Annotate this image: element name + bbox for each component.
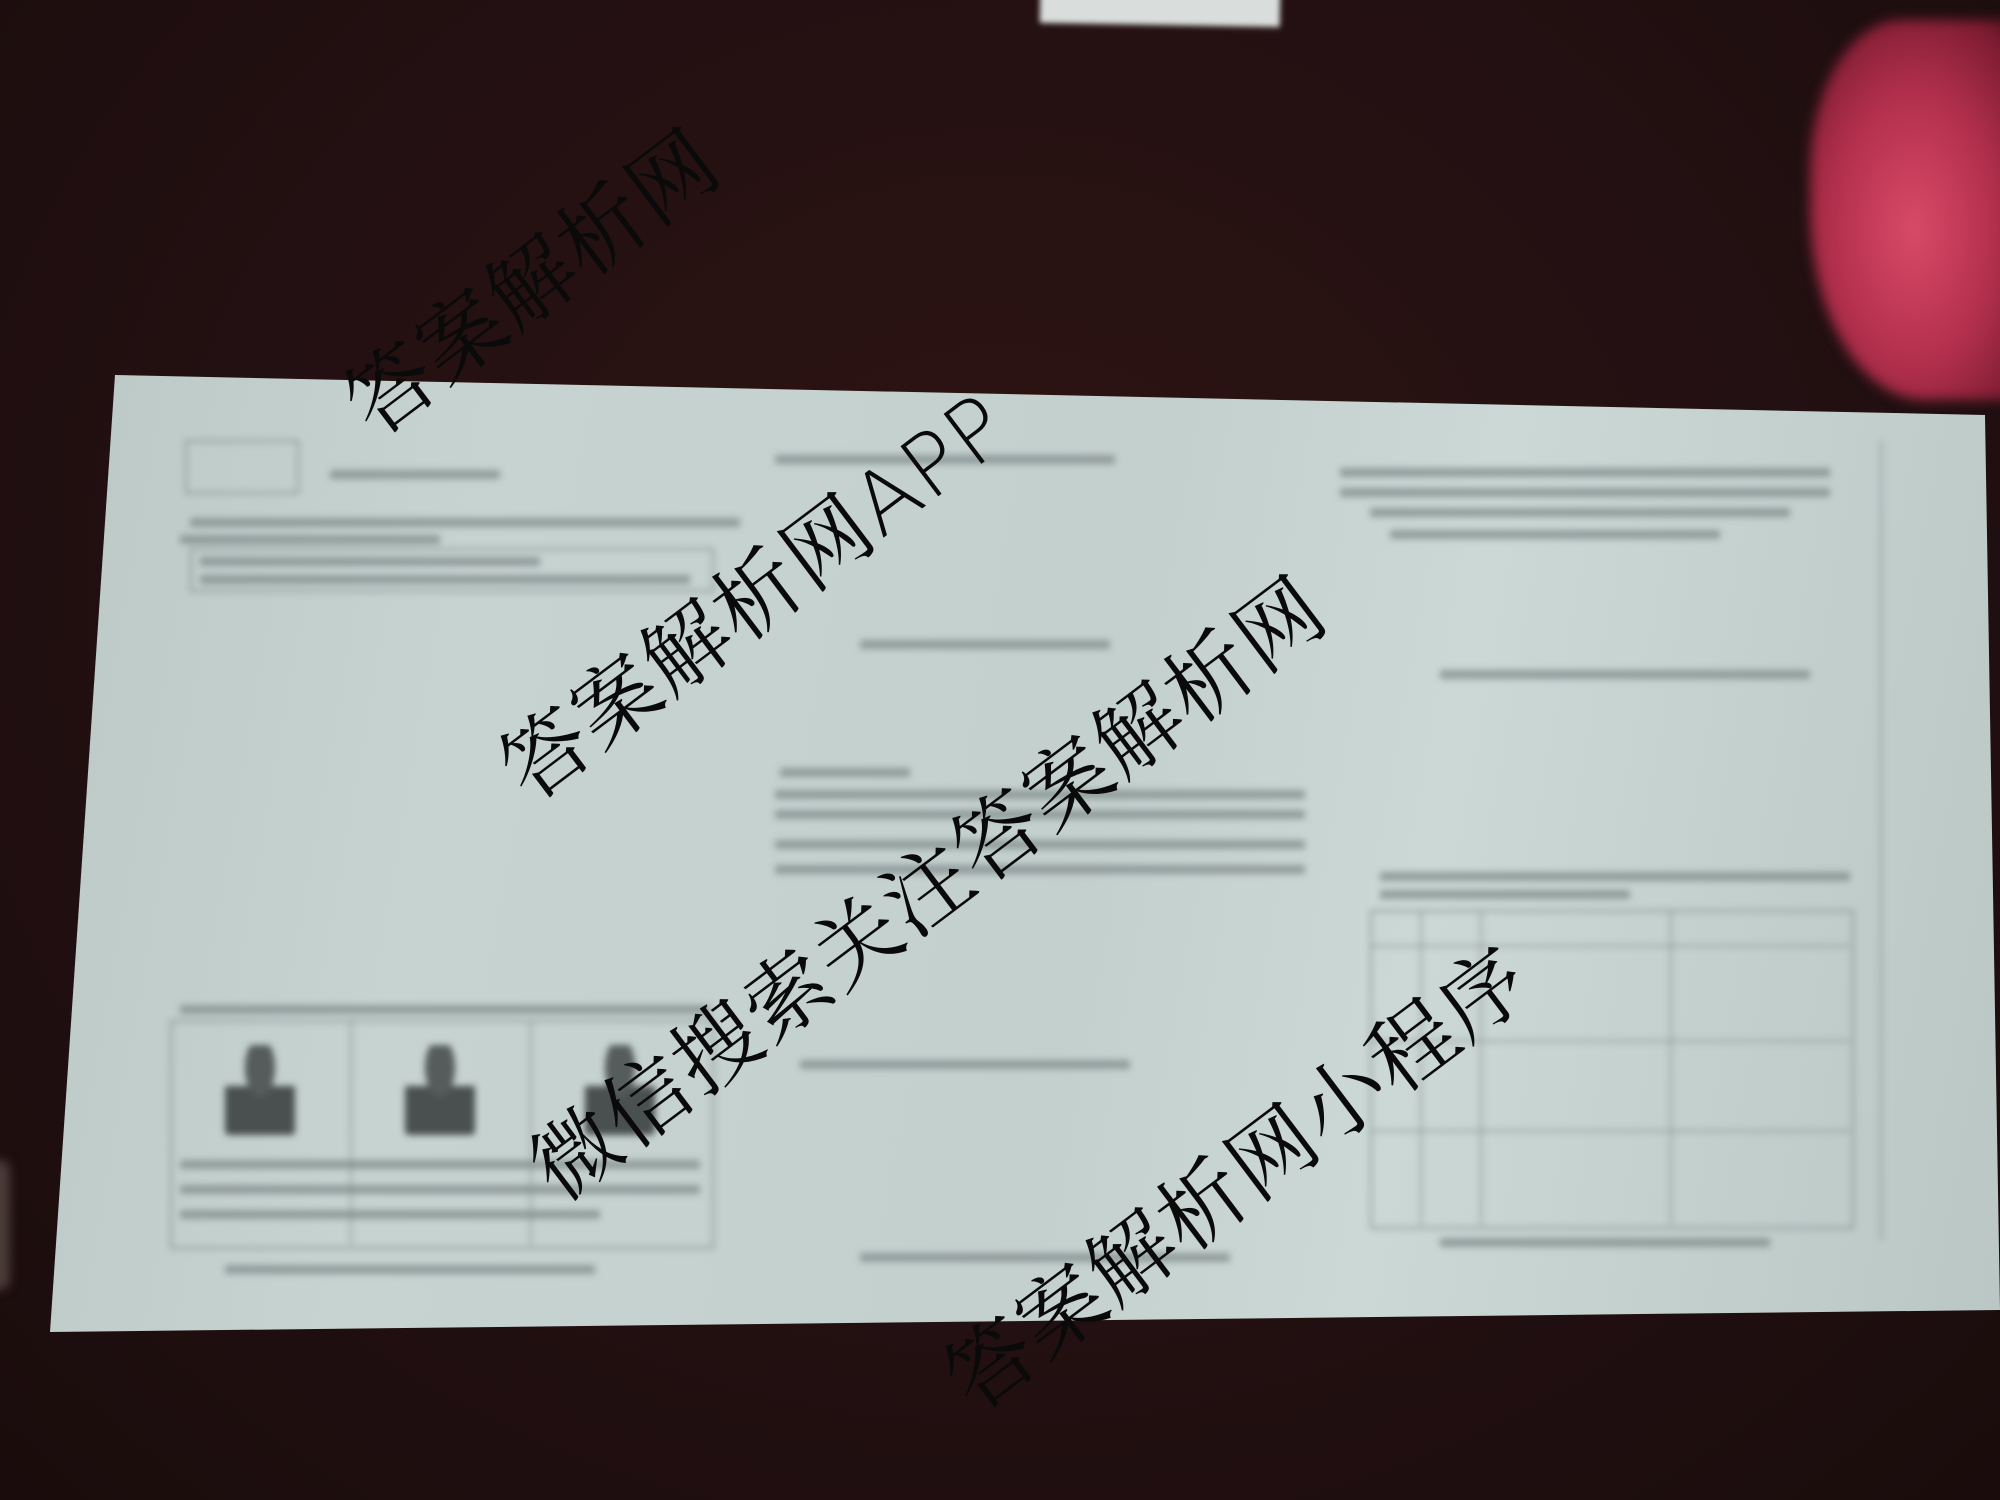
text-line — [1440, 670, 1810, 679]
paper-scrap — [1040, 0, 1281, 27]
footer-line — [1440, 1238, 1770, 1247]
text-line — [200, 575, 690, 584]
binding-line — [1880, 440, 1882, 1240]
footer-line — [225, 1265, 595, 1274]
text-line — [330, 470, 500, 479]
text-line — [1370, 508, 1790, 517]
text-line — [1340, 488, 1830, 497]
answer-box — [190, 548, 714, 592]
text-line — [200, 557, 540, 566]
text-line — [1380, 872, 1850, 881]
text-line — [1380, 890, 1630, 899]
left-edge-object — [0, 1160, 10, 1290]
portrait-image — [225, 1045, 295, 1135]
text-line — [860, 640, 1110, 649]
text-line — [180, 535, 440, 544]
text-line — [190, 518, 740, 527]
portrait-image — [405, 1045, 475, 1135]
text-line — [180, 1005, 710, 1014]
table-divider — [1370, 1130, 1850, 1132]
text-line — [1340, 468, 1830, 477]
text-line — [180, 1210, 600, 1219]
text-line — [800, 1060, 1130, 1069]
text-line — [1390, 530, 1720, 539]
table-divider — [1670, 910, 1672, 1225]
text-line — [780, 768, 910, 777]
header-box — [185, 440, 299, 494]
